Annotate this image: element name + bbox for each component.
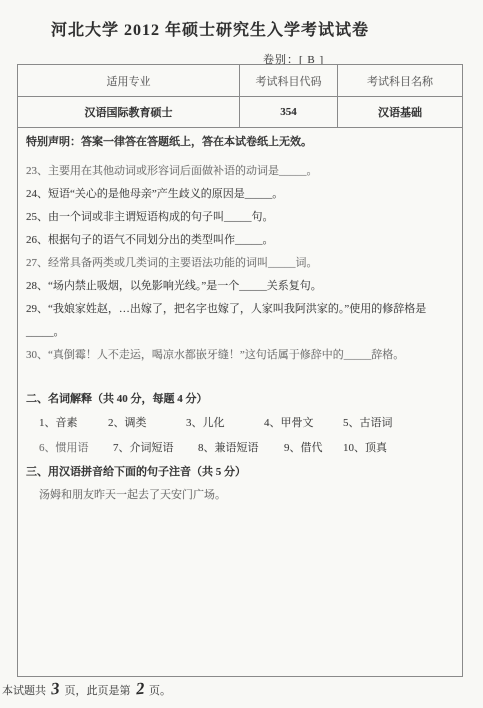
term-item: 8、兼语短语 xyxy=(198,436,284,461)
header-cell-subject-code: 考试科目代码 xyxy=(240,65,338,96)
section-2-items-row-2: 6、惯用语 7、介词短语 8、兼语短语 9、借代 10、顶真 xyxy=(26,436,450,461)
question-29: 29、“我娘家姓赵，…出嫁了，把名字也嫁了，人家叫我阿洪家的。”使用的修辞格是_… xyxy=(26,298,450,344)
exam-body-box: 适用专业 考试科目代码 考试科目名称 汉语国际教育硕士 354 汉语基础 特别声… xyxy=(17,64,463,677)
term-item: 10、顶真 xyxy=(343,436,450,461)
exam-title: 河北大学 2012 年硕士研究生入学考试试卷 xyxy=(0,17,420,40)
exam-content: 特别声明：答案一律答在答题纸上，答在本试卷纸上无效。 23、主要用在其他动词或形… xyxy=(18,128,462,507)
term-item: 7、介词短语 xyxy=(113,436,198,461)
question-24: 24、短语“关心的是他母亲”产生歧义的原因是_____。 xyxy=(26,183,450,206)
info-table-value-row: 汉语国际教育硕士 354 汉语基础 xyxy=(18,97,462,128)
section-2-noun-definitions: 二、名词解释（共 40 分，每题 4 分） 1、音素 2、调类 3、儿化 4、甲… xyxy=(26,388,450,461)
term-item: 9、借代 xyxy=(284,436,343,461)
handwritten-total-pages: 3 xyxy=(50,679,60,700)
section-3-heading: 三、用汉语拼音给下面的句子注音（共 5 分） xyxy=(26,461,450,484)
term-item: 2、调类 xyxy=(108,411,186,436)
footer-prefix: 本试题共 xyxy=(2,682,46,698)
question-25: 25、由一个词或非主谓短语构成的句子叫_____句。 xyxy=(26,206,450,229)
footer-suffix: 页。 xyxy=(149,682,171,698)
scanned-exam-page: 河北大学 2012 年硕士研究生入学考试试卷 卷别：[ B ] 适用专业 考试科… xyxy=(0,0,483,708)
question-28: 28、“场内禁止吸烟，以免影响光线。”是一个_____关系复句。 xyxy=(26,275,450,298)
term-item: 4、甲骨文 xyxy=(264,411,343,436)
section-3-pinyin: 三、用汉语拼音给下面的句子注音（共 5 分） 汤姆和朋友昨天一起去了天安门广场。 xyxy=(26,461,450,507)
term-item: 6、惯用语 xyxy=(39,436,113,461)
page-footer: 本试题共 3 页，此页是第 2 页。 xyxy=(2,679,171,701)
value-cell-subject-code: 354 xyxy=(240,97,338,127)
info-table-header-row: 适用专业 考试科目代码 考试科目名称 xyxy=(18,65,462,97)
value-cell-subject-name: 汉语基础 xyxy=(338,97,462,127)
question-23: 23、主要用在其他动词或形容词后面做补语的动词是_____。 xyxy=(26,160,450,183)
question-30: 30、“真倒霉！人不走运，喝凉水都嵌牙缝！”这句话属于修辞中的_____辞格。 xyxy=(26,344,450,367)
question-26: 26、根据句子的语气不同划分出的类型叫作_____。 xyxy=(26,229,450,252)
question-27: 27、经常具备两类或几类词的主要语法功能的词叫_____词。 xyxy=(26,252,450,275)
section-2-heading: 二、名词解释（共 40 分，每题 4 分） xyxy=(26,388,450,411)
footer-middle: 页，此页是第 xyxy=(65,682,131,698)
header-cell-applicable-major: 适用专业 xyxy=(18,65,240,96)
fill-in-blank-questions: 23、主要用在其他动词或形容词后面做补语的动词是_____。 24、短语“关心的… xyxy=(26,160,450,367)
term-item: 5、古语词 xyxy=(343,411,450,436)
value-cell-applicable-major: 汉语国际教育硕士 xyxy=(18,97,240,127)
term-item: 1、音素 xyxy=(39,411,108,436)
section-2-items-row-1: 1、音素 2、调类 3、儿化 4、甲骨文 5、古语词 xyxy=(26,411,450,436)
special-notice: 特别声明：答案一律答在答题纸上，答在本试卷纸上无效。 xyxy=(26,132,450,152)
term-item: 3、儿化 xyxy=(186,411,264,436)
header-cell-subject-name: 考试科目名称 xyxy=(338,65,462,96)
handwritten-current-page: 2 xyxy=(135,679,145,700)
section-3-sentence: 汤姆和朋友昨天一起去了天安门广场。 xyxy=(26,484,450,507)
